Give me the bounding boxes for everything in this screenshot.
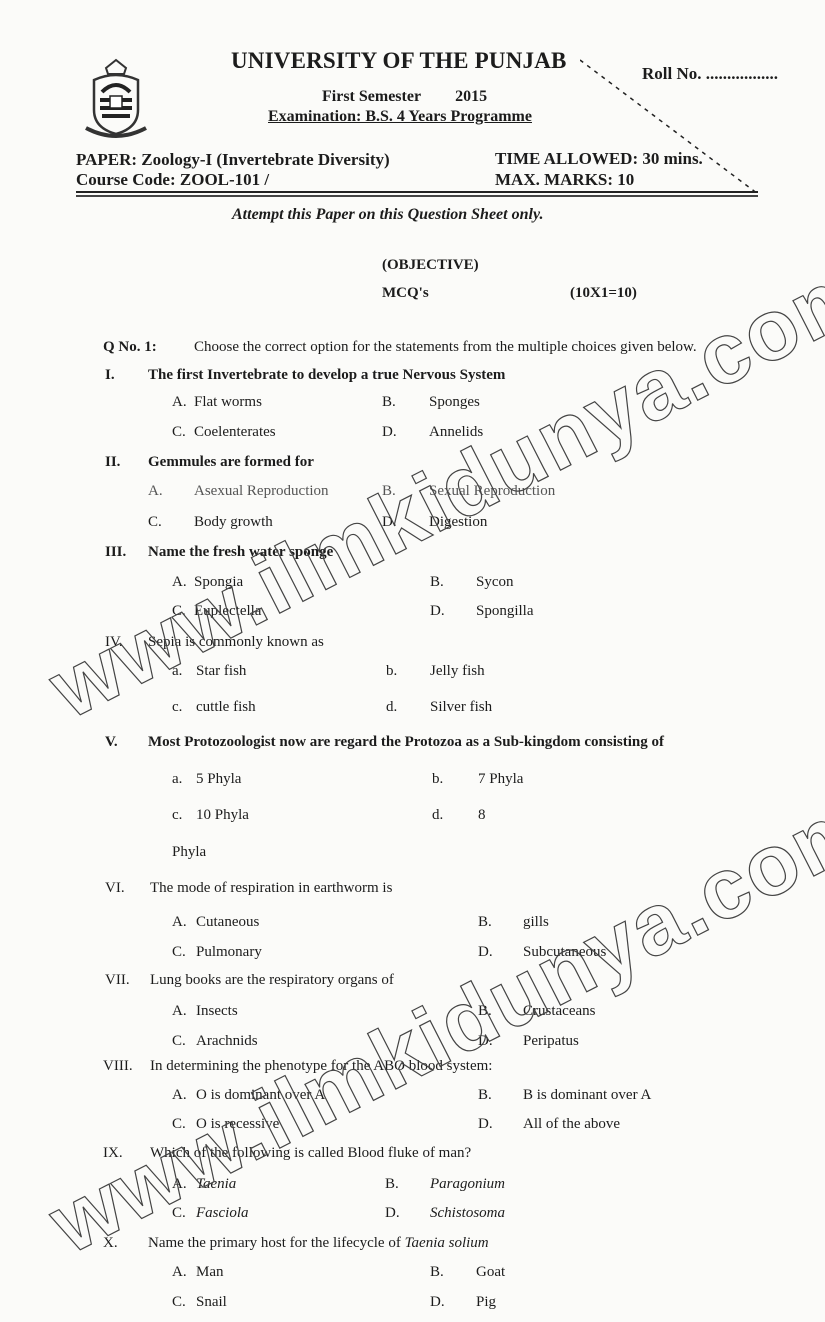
option-label: D. bbox=[385, 1205, 400, 1222]
university-crest-icon bbox=[84, 58, 148, 142]
option-label: C. bbox=[172, 1033, 186, 1050]
option-label: D. bbox=[478, 944, 493, 961]
question-instruction: Choose the correct option for the statem… bbox=[194, 339, 697, 356]
option-d[interactable]: Silver fish bbox=[430, 699, 492, 716]
option-label: A. bbox=[172, 1264, 187, 1281]
option-d[interactable]: Schistosoma bbox=[430, 1205, 505, 1222]
option-label: B. bbox=[385, 1176, 399, 1193]
option-label: B. bbox=[430, 1264, 444, 1281]
paper-title: PAPER: Zoology-I (Invertebrate Diversity… bbox=[76, 150, 390, 170]
option-b[interactable]: gills bbox=[523, 914, 549, 931]
option-d[interactable]: Peripatus bbox=[523, 1033, 579, 1050]
option-label: B. bbox=[478, 1003, 492, 1020]
option-label: A. bbox=[172, 1003, 187, 1020]
question-text: In determining the phenotype for the ABO… bbox=[150, 1058, 492, 1075]
option-d[interactable]: Annelids bbox=[429, 424, 483, 441]
option-c[interactable]: O is recessive bbox=[196, 1116, 279, 1133]
time-allowed: TIME ALLOWED: 30 mins. bbox=[495, 149, 703, 169]
option-a[interactable]: O is dominant over A bbox=[196, 1087, 325, 1104]
option-label: D. bbox=[478, 1116, 493, 1133]
option-c[interactable]: Body growth bbox=[194, 514, 273, 531]
option-d[interactable]: Subcutaneous bbox=[523, 944, 606, 961]
question-number: V. bbox=[105, 734, 118, 751]
question-text: Most Protozoologist now are regard the P… bbox=[148, 734, 664, 751]
option-label: A. bbox=[148, 483, 163, 500]
option-label: C. bbox=[148, 514, 162, 531]
option-label: C. bbox=[172, 944, 186, 961]
question-number: III. bbox=[105, 544, 126, 561]
course-code: Course Code: ZOOL-101 / bbox=[76, 170, 269, 190]
option-c[interactable]: 10 Phyla bbox=[196, 807, 249, 824]
question-number: II. bbox=[105, 454, 120, 471]
watermark: www.ilmkidunya.com www.ilmkidunya.com bbox=[0, 0, 825, 1322]
attempt-instruction: Attempt this Paper on this Question Shee… bbox=[232, 206, 543, 224]
option-b[interactable]: Sexual Reproduction bbox=[429, 483, 555, 500]
question-text: Which of the following is called Blood f… bbox=[150, 1145, 471, 1162]
option-label: d. bbox=[386, 699, 397, 716]
question-text: Lung books are the respiratory organs of bbox=[150, 972, 394, 989]
option-a[interactable]: Man bbox=[196, 1264, 224, 1281]
option-c[interactable]: Snail bbox=[196, 1294, 227, 1311]
option-label: C. bbox=[172, 1116, 186, 1133]
option-label: B. bbox=[430, 574, 444, 591]
question-text: Name the fresh water sponge bbox=[148, 544, 333, 561]
option-label: D. bbox=[382, 424, 397, 441]
question-text: Gemmules are formed for bbox=[148, 454, 314, 471]
option-label: C. bbox=[172, 424, 186, 441]
option-label: c. bbox=[172, 699, 182, 716]
option-label: C. bbox=[172, 1205, 186, 1222]
option-continuation: Phyla bbox=[172, 844, 206, 861]
option-label: B. bbox=[478, 914, 492, 931]
option-b[interactable]: Sponges bbox=[429, 394, 480, 411]
exam-year: 2015 bbox=[455, 88, 487, 105]
question-number: VIII. bbox=[103, 1058, 133, 1075]
option-d[interactable]: 8 bbox=[478, 807, 486, 824]
question-number: X. bbox=[103, 1235, 118, 1252]
option-b[interactable]: Jelly fish bbox=[430, 663, 485, 680]
option-label: c. bbox=[172, 807, 182, 824]
question-number: I. bbox=[105, 367, 115, 384]
option-label: d. bbox=[432, 807, 443, 824]
section-type: MCQ's bbox=[382, 285, 429, 302]
option-label: C. bbox=[172, 603, 186, 620]
option-a[interactable]: Cutaneous bbox=[196, 914, 259, 931]
option-label: B. bbox=[382, 483, 396, 500]
option-label: a. bbox=[172, 663, 182, 680]
question-text: Name the primary host for the lifecycle … bbox=[148, 1235, 489, 1252]
option-label: A. bbox=[172, 914, 187, 931]
option-c[interactable]: Fasciola bbox=[196, 1205, 249, 1222]
question-text: Sepia is commonly known as bbox=[148, 634, 324, 651]
marks-scheme: (10X1=10) bbox=[570, 285, 637, 302]
option-label: D. bbox=[478, 1033, 493, 1050]
option-label: D. bbox=[382, 514, 397, 531]
option-d[interactable]: All of the above bbox=[523, 1116, 620, 1133]
option-b[interactable]: Crustaceans bbox=[523, 1003, 595, 1020]
option-label: D. bbox=[430, 603, 445, 620]
option-label: B. bbox=[478, 1087, 492, 1104]
examination-programme: Examination: B.S. 4 Years Programme bbox=[268, 108, 532, 126]
option-a[interactable]: 5 Phyla bbox=[196, 771, 241, 788]
question-text: The mode of respiration in earthworm is bbox=[150, 880, 392, 897]
option-a[interactable]: Asexual Reproduction bbox=[194, 483, 329, 500]
semester-line: First Semester2015 bbox=[322, 88, 487, 106]
max-marks: MAX. MARKS: 10 bbox=[495, 170, 634, 190]
option-c[interactable]: Coelenterates bbox=[194, 424, 276, 441]
header-double-rule bbox=[76, 191, 758, 197]
option-a[interactable]: Spongia bbox=[194, 574, 243, 591]
option-b[interactable]: 7 Phyla bbox=[478, 771, 523, 788]
option-label: A. bbox=[172, 394, 187, 411]
section-heading: (OBJECTIVE) bbox=[382, 257, 479, 274]
option-label: B. bbox=[382, 394, 396, 411]
question-number: IX. bbox=[103, 1145, 123, 1162]
question-number: IV. bbox=[105, 634, 123, 651]
option-label: b. bbox=[432, 771, 443, 788]
option-d[interactable]: Digestion bbox=[429, 514, 487, 531]
option-b[interactable]: B is dominant over A bbox=[523, 1087, 651, 1104]
option-label: b. bbox=[386, 663, 397, 680]
option-label: C. bbox=[172, 1294, 186, 1311]
option-a[interactable]: Flat worms bbox=[194, 394, 262, 411]
question-number: VI. bbox=[105, 880, 125, 897]
option-label: a. bbox=[172, 771, 182, 788]
option-label: A. bbox=[172, 1087, 187, 1104]
question-number-label: Q No. 1: bbox=[103, 339, 157, 356]
svg-text:www.ilmkidunya.com: www.ilmkidunya.com bbox=[34, 774, 825, 1272]
option-d[interactable]: Spongilla bbox=[476, 603, 534, 620]
option-d[interactable]: Pig bbox=[476, 1294, 496, 1311]
option-c[interactable]: Pulmonary bbox=[196, 944, 262, 961]
option-c[interactable]: Arachnids bbox=[196, 1033, 258, 1050]
semester-label: First Semester bbox=[322, 88, 421, 105]
option-c[interactable]: Euplectella bbox=[194, 603, 261, 620]
option-label: A. bbox=[172, 574, 187, 591]
question-number: VII. bbox=[105, 972, 130, 989]
option-label: D. bbox=[430, 1294, 445, 1311]
university-title: UNIVERSITY OF THE PUNJAB bbox=[231, 48, 567, 74]
option-a[interactable]: Star fish bbox=[196, 663, 246, 680]
question-text-plain: Name the primary host for the lifecycle … bbox=[148, 1235, 405, 1251]
option-a[interactable]: Insects bbox=[196, 1003, 238, 1020]
species-name: Taenia solium bbox=[405, 1235, 489, 1251]
option-b[interactable]: Goat bbox=[476, 1264, 505, 1281]
question-text: The first Invertebrate to develop a true… bbox=[148, 367, 505, 384]
option-a[interactable]: Taenia bbox=[196, 1176, 236, 1193]
option-b[interactable]: Sycon bbox=[476, 574, 514, 591]
option-c[interactable]: cuttle fish bbox=[196, 699, 256, 716]
option-label: A. bbox=[172, 1176, 187, 1193]
option-b[interactable]: Paragonium bbox=[430, 1176, 505, 1193]
